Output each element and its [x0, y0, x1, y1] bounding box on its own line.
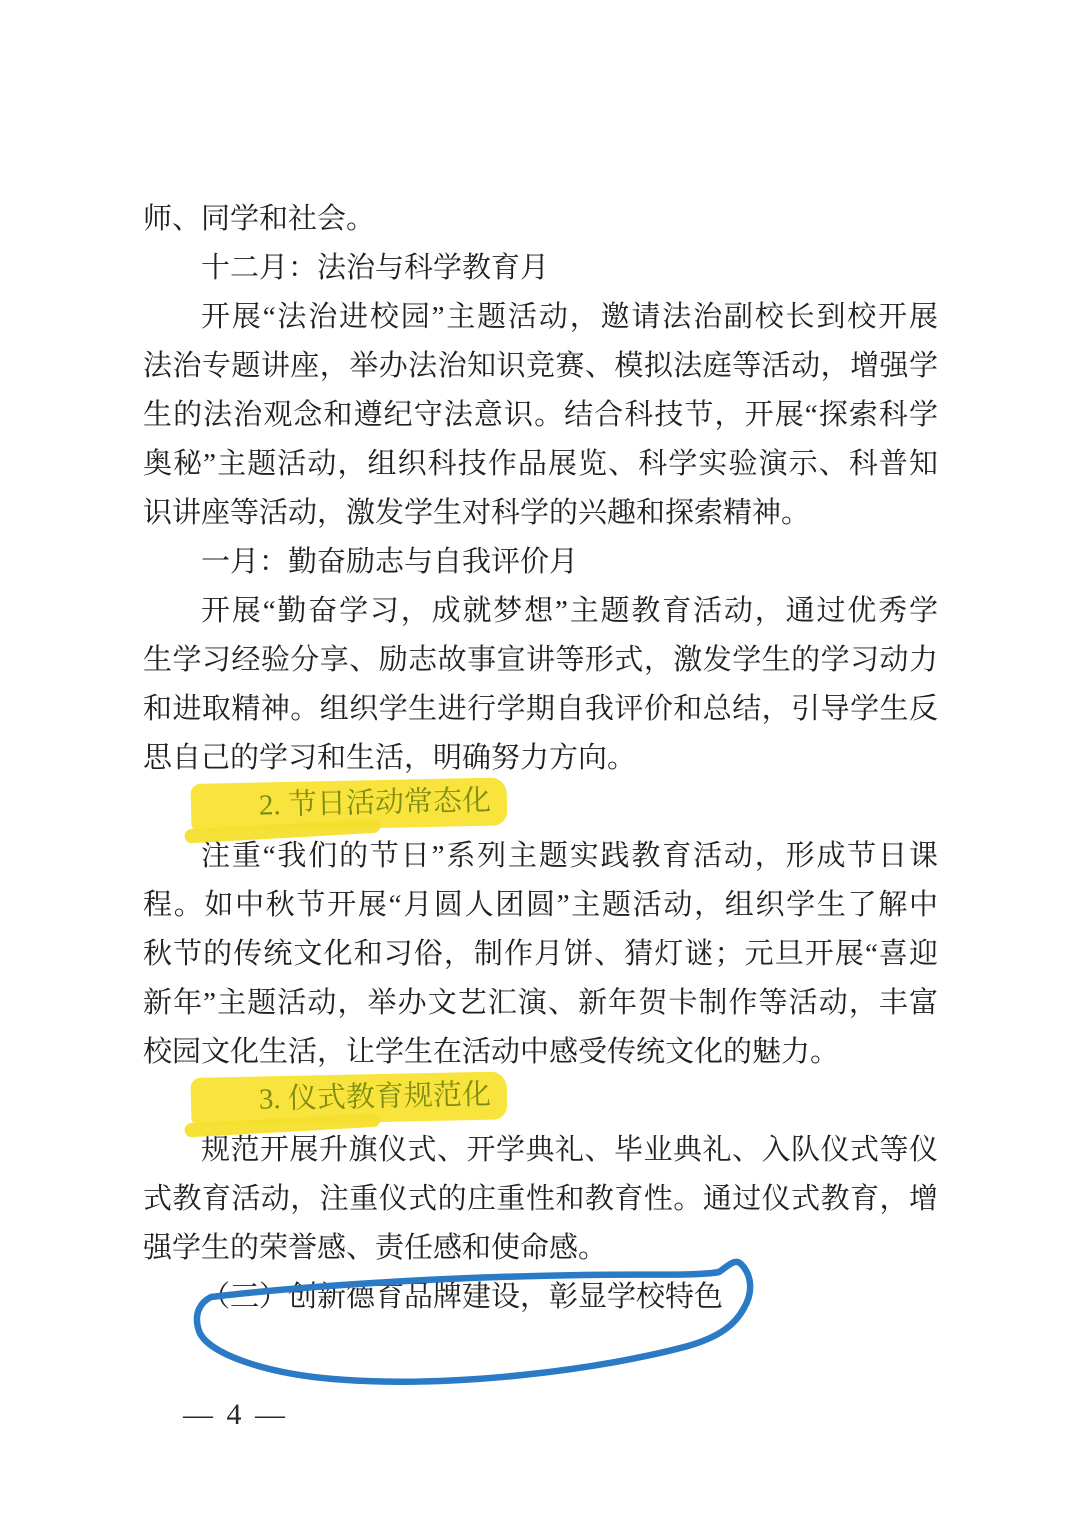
- circled-heading: （三）创新德育品牌建设，彰显学校特色: [143, 1273, 938, 1322]
- text-line: 生的法治观念和遵纪守法意识。结合科技节，开展“探索科学: [143, 391, 938, 440]
- text-line: 生学习经验分享、励志故事宣讲等形式，激发学生的学习动力: [143, 636, 938, 685]
- text-line: 思自己的学习和生活，明确努力方向。: [143, 734, 938, 783]
- text-line: 程。如中秋节开展“月圆人团圆”主题活动，组织学生了解中: [143, 881, 938, 930]
- text-line: 强学生的荣誉感、责任感和使命感。: [143, 1224, 938, 1273]
- text-line: 注重“我们的节日”系列主题实践教育活动，形成节日课: [143, 832, 938, 881]
- yellow-highlight: 3. 仪式教育规范化: [190, 1071, 507, 1126]
- text-line: 十二月：法治与科学教育月: [143, 244, 938, 293]
- text-line: 校园文化生活，让学生在活动中感受传统文化的魅力。: [143, 1028, 938, 1077]
- highlighted-heading: 2. 节日活动常态化: [143, 783, 938, 832]
- text-line: 开展“勤奋学习，成就梦想”主题教育活动，通过优秀学: [143, 587, 938, 636]
- text-line: 秋节的传统文化和习俗，制作月饼、猜灯谜；元旦开展“喜迎: [143, 930, 938, 979]
- highlighted-heading: 3. 仪式教育规范化: [143, 1077, 938, 1126]
- text-line: 和进取精神。组织学生进行学期自我评价和总结，引导学生反: [143, 685, 938, 734]
- text-line: 规范开展升旗仪式、开学典礼、毕业典礼、入队仪式等仪: [143, 1126, 938, 1175]
- text-line: 开展“法治进校园”主题活动，邀请法治副校长到校开展: [143, 293, 938, 342]
- document-body: 师、同学和社会。十二月：法治与科学教育月开展“法治进校园”主题活动，邀请法治副校…: [143, 195, 938, 1322]
- document-page: 师、同学和社会。十二月：法治与科学教育月开展“法治进校园”主题活动，邀请法治副校…: [0, 0, 1080, 1527]
- page-number: — 4 —: [183, 1398, 288, 1432]
- text-line: 识讲座等活动，激发学生对科学的兴趣和探索精神。: [143, 489, 938, 538]
- text-line: 师、同学和社会。: [143, 195, 938, 244]
- text-line: 新年”主题活动，举办文艺汇演、新年贺卡制作等活动，丰富: [143, 979, 938, 1028]
- text-line: 法治专题讲座，举办法治知识竞赛、模拟法庭等活动，增强学: [143, 342, 938, 391]
- text-line: 奥秘”主题活动，组织科技作品展览、科学实验演示、科普知: [143, 440, 938, 489]
- yellow-highlight: 2. 节日活动常态化: [190, 777, 507, 832]
- text-line: 式教育活动，注重仪式的庄重性和教育性。通过仪式教育，增: [143, 1175, 938, 1224]
- text-line: 一月：勤奋励志与自我评价月: [143, 538, 938, 587]
